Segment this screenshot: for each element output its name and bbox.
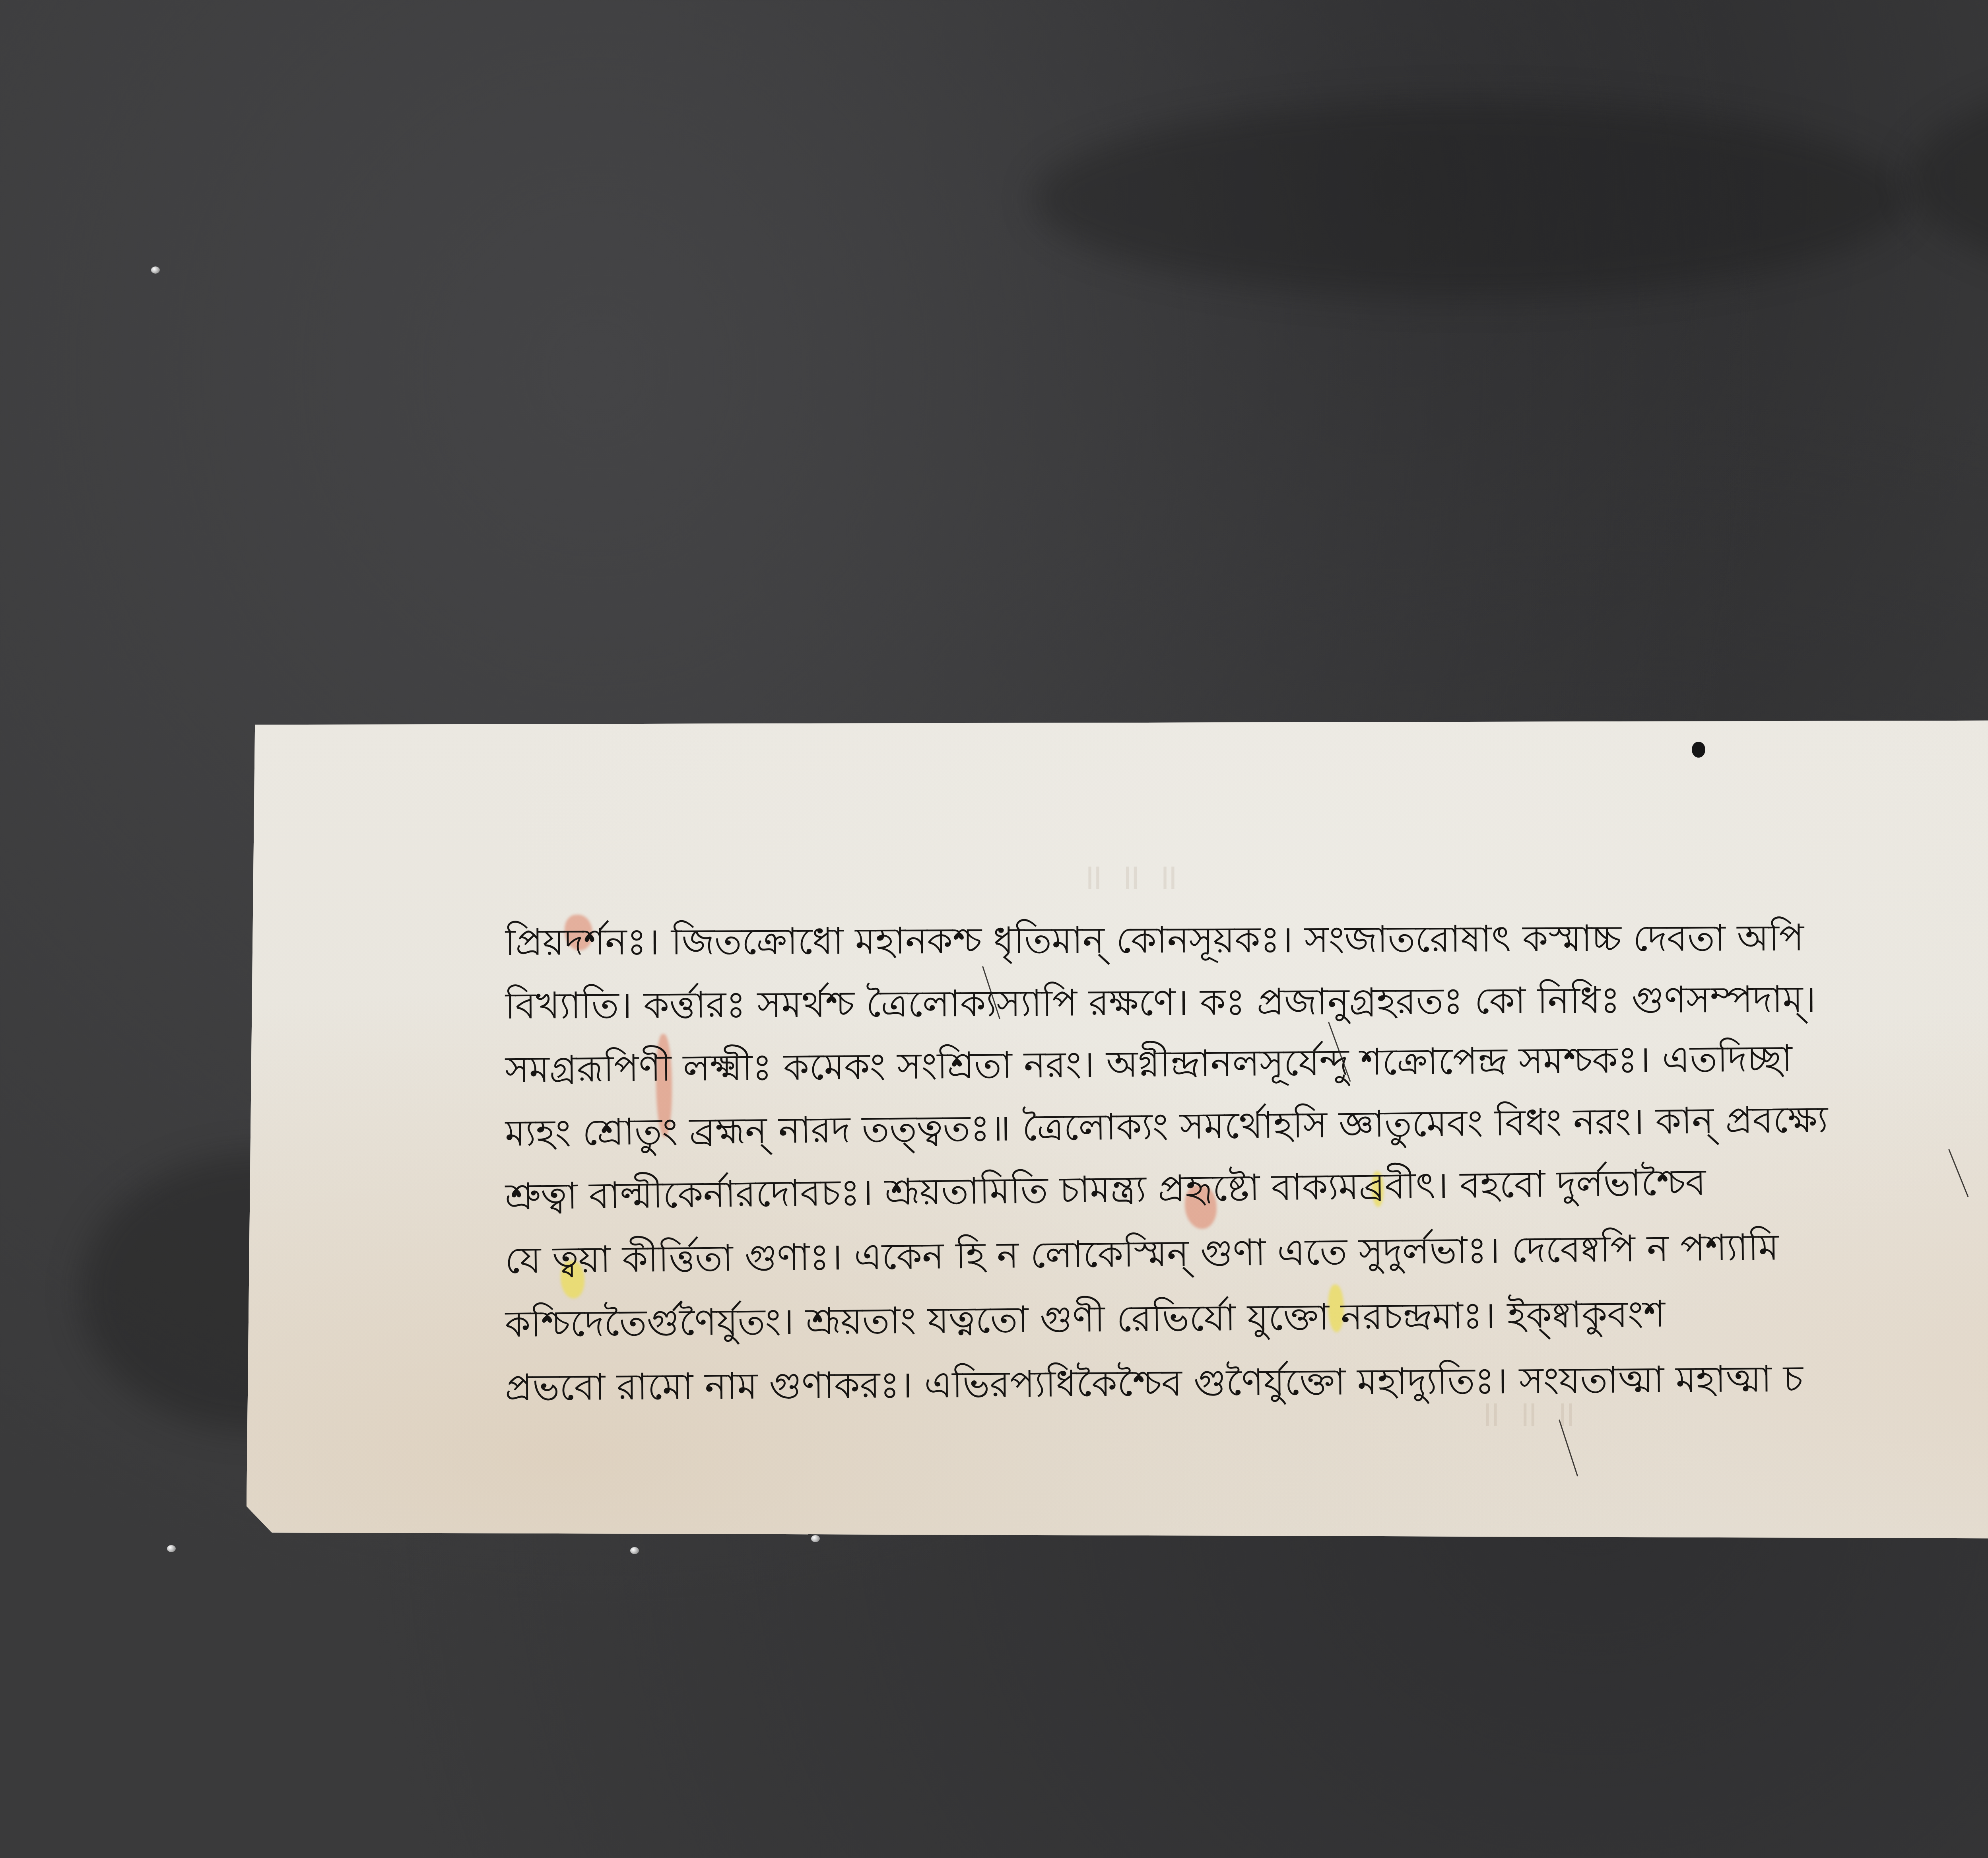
mounting-pin <box>167 1545 176 1552</box>
manuscript-leaf: ॥ ॥ ॥ ॥ ॥ ॥ প্রিয়দর্শনঃ। জিতক্রোধো মহান… <box>247 720 1988 1539</box>
show-through-text: ॥ ॥ ॥ <box>1081 851 1180 900</box>
text-line: কশ্চিদেতৈর্গুণৈর্যুতং। শ্রূয়তাং যত্নতো … <box>505 1279 1988 1356</box>
text-line: প্রভবো রামো নাম গুণাকরঃ। এভিরপ্যধিকৈশ্চৈ… <box>505 1345 1988 1420</box>
mounting-pin <box>811 1535 820 1542</box>
text-line: প্রিয়দর্শনঃ। জিতক্রোধো মহানকশ্চ ধৃতিমান… <box>505 905 1988 974</box>
mount-shadow <box>1908 60 1988 298</box>
mount-shadow <box>1034 99 1908 298</box>
mounting-pin <box>151 266 160 274</box>
manuscript-text: প্রিয়দর্শনঃ। জিতক্রোধো মহানকশ্চ ধৃতিমান… <box>505 911 1988 1420</box>
mounting-pin <box>630 1547 639 1554</box>
binding-hole <box>1692 742 1705 758</box>
